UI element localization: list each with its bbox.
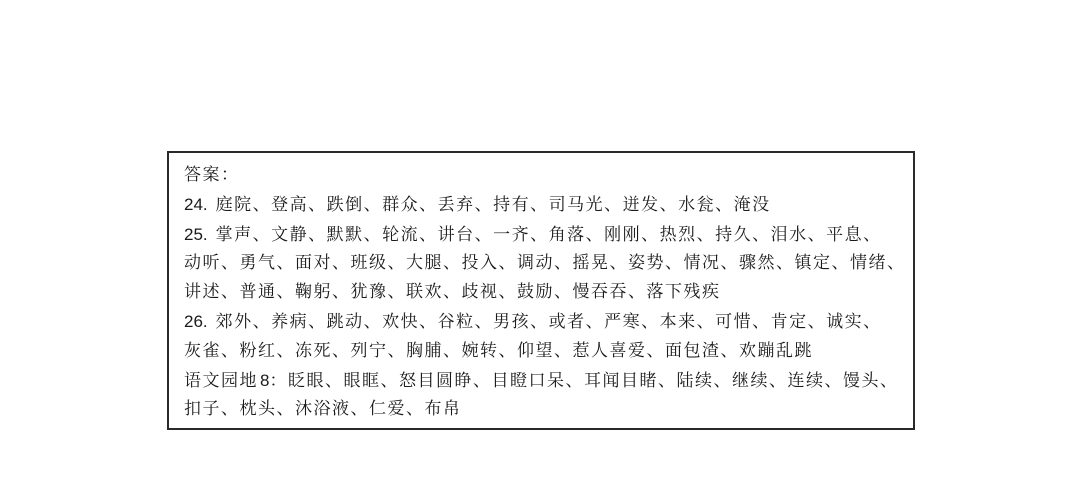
section-text: 掌声、文静、默默、轮流、讲台、一齐、角落、刚刚、热烈、持久、泪水、平息、 (216, 225, 882, 245)
answer-content: 答案： 24.庭院、登高、跌倒、群众、丢弃、持有、司马光、迸发、水瓮、淹没 25… (184, 161, 903, 425)
section-24-line-1: 24.庭院、登高、跌倒、群众、丢弃、持有、司马光、迸发、水瓮、淹没 (184, 190, 903, 219)
section-text: 庭院、登高、跌倒、群众、丢弃、持有、司马光、迸发、水瓮、淹没 (216, 195, 771, 215)
answer-box: 答案： 24.庭院、登高、跌倒、群众、丢弃、持有、司马光、迸发、水瓮、淹没 25… (167, 151, 915, 430)
section-number: 24. (184, 195, 208, 214)
section-colon: ： (269, 371, 288, 391)
section-label: 语文园地 (184, 371, 258, 391)
section-text: 郊外、养病、跳动、欢快、谷粒、男孩、或者、严寒、本来、可惜、肯定、诚实、 (216, 312, 882, 332)
section-25-line-1: 25.掌声、文静、默默、轮流、讲台、一齐、角落、刚刚、热烈、持久、泪水、平息、 (184, 220, 903, 249)
answer-heading: 答案： (184, 161, 903, 190)
section-25-line-2: 动听、勇气、面对、班级、大腿、投入、调动、摇晃、姿势、情况、骤然、镇定、情绪、 (184, 249, 903, 278)
section-25-line-3: 讲述、普通、鞠躬、犹豫、联欢、歧视、鼓励、慢吞吞、落下残疾 (184, 278, 903, 307)
section-26-line-1: 26.郊外、养病、跳动、欢快、谷粒、男孩、或者、严寒、本来、可惜、肯定、诚实、 (184, 307, 903, 336)
section-26-line-2: 灰雀、粉红、冻死、列宁、胸脯、婉转、仰望、惹人喜爱、面包渣、欢蹦乱跳 (184, 337, 903, 366)
section-yuwen-line-1: 语文园地8：眨眼、眼眶、怒目圆睁、目瞪口呆、耳闻目睹、陆续、继续、连续、馒头、 (184, 366, 903, 395)
section-yuwen-line-2: 扣子、枕头、沐浴液、仁爱、布帛 (184, 395, 903, 424)
section-number: 25. (184, 225, 208, 244)
section-number: 26. (184, 312, 208, 331)
section-text: 眨眼、眼眶、怒目圆睁、目瞪口呆、耳闻目睹、陆续、继续、连续、馒头、 (288, 371, 899, 391)
